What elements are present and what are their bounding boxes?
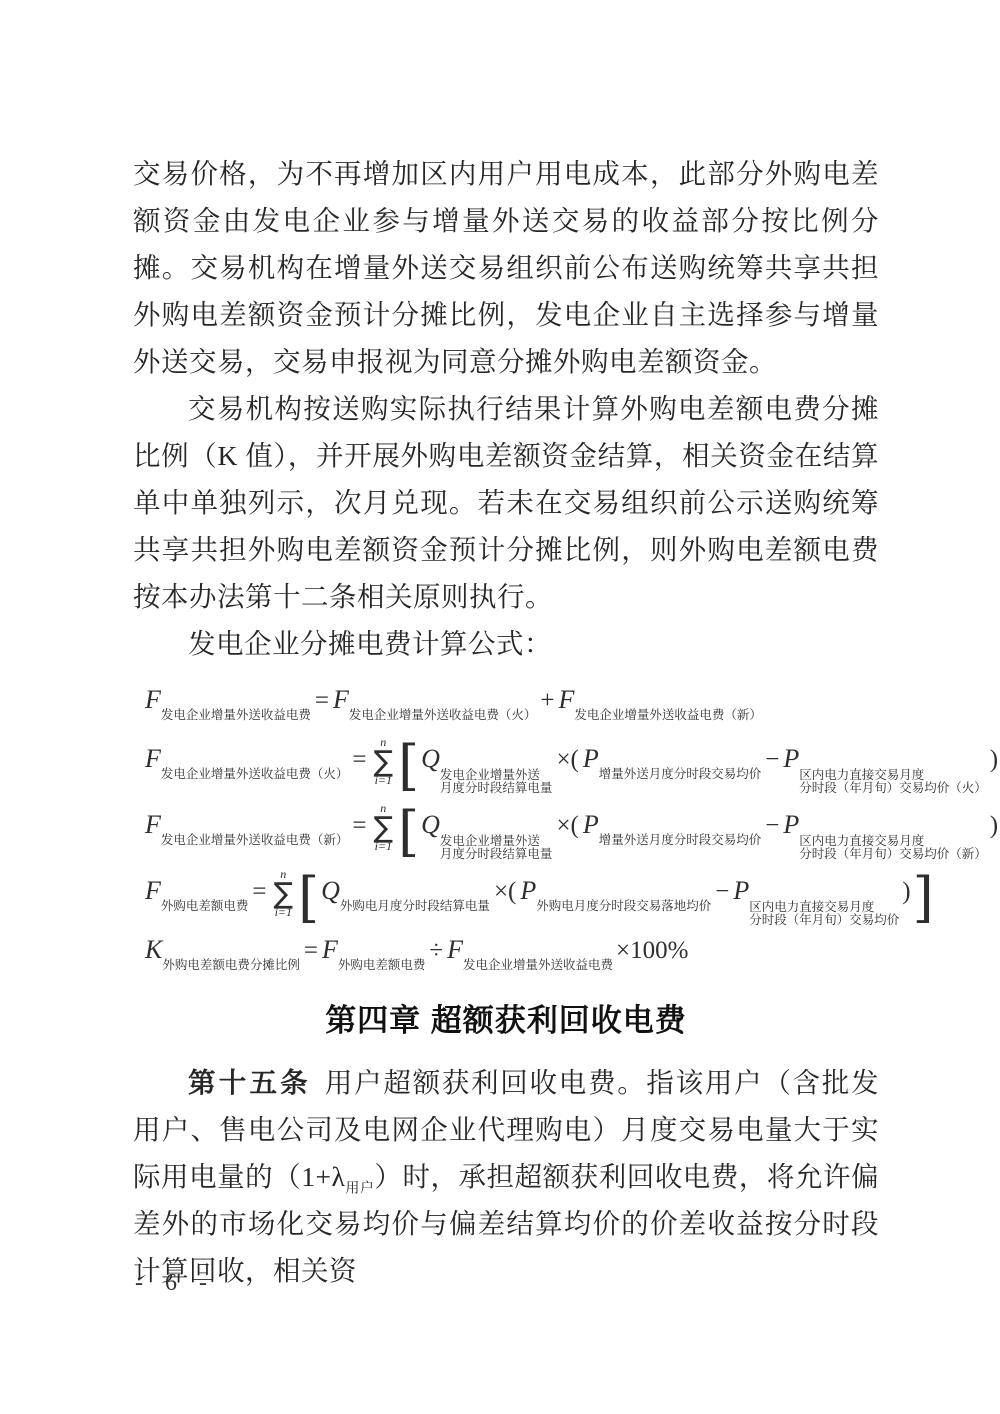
summation-symbol: n∑i=1 [374, 737, 394, 786]
formula-total-revenue-fee: F发电企业增量外送收益电费=F发电企业增量外送收益电费（火）+F发电企业增量外送… [145, 675, 879, 727]
math-variable: F [447, 935, 463, 964]
times-open-paren: ×( [494, 878, 516, 905]
math-subscript: 外购电月度分时段交易落地均价 [536, 899, 711, 913]
math-variable: P [520, 876, 536, 905]
formula-k-sharing-ratio: K外购电差额电费分摊比例=F外购电差额电费÷F发电企业增量外送收益电费×100% [145, 925, 879, 977]
paragraph-formula-intro: 发电企业分摊电费计算公式： [133, 620, 879, 667]
math-variable: Q [421, 744, 440, 773]
lambda-subscript: 用户 [345, 1182, 374, 1197]
math-subscript-stacked: 区内电力直接交易月度分时段（年月旬）交易均价（新） [799, 835, 987, 862]
math-variable: F [322, 935, 338, 964]
formula-purchased-power-difference-fee: F外购电差额电费=n∑i=1[Q外购电月度分时段结算电量×(P外购电月度分时段交… [145, 859, 879, 925]
minus-sign: − [765, 746, 779, 773]
math-subscript-stacked: 发电企业增量外送月度分时段结算电量 [440, 835, 553, 862]
math-subscript: 发电企业增量外送收益电费 [463, 958, 613, 972]
math-subscript: 发电企业增量外送收益电费（新） [574, 708, 762, 722]
subscript-line: 分时段（年月旬）交易均价 [749, 914, 899, 928]
math-variable: Q [321, 876, 340, 905]
math-subscript: 发电企业增量外送收益电费 [161, 708, 311, 722]
left-bracket: [ [298, 866, 319, 929]
paragraph-continuation: 交易价格，为不再增加区内用户用电成本，此部分外购电差额资金由发电企业参与增量外送… [133, 150, 879, 385]
subscript-line: 发电企业增量外送 [440, 835, 553, 849]
chapter-heading: 第四章 超额获利回收电费 [133, 999, 879, 1043]
math-subscript: 外购电月度分时段结算电量 [340, 899, 490, 913]
sigma-icon: ∑ [374, 748, 394, 775]
math-subscript: 增量外送月度分时段交易均价 [599, 767, 762, 781]
math-variable: F [559, 685, 575, 714]
formula-revenue-fee-new: F发电企业增量外送收益电费（新）=n∑i=1[Q发电企业增量外送月度分时段结算电… [145, 793, 879, 859]
equals-sign: = [352, 746, 366, 773]
sum-lower-limit: i=1 [274, 907, 294, 918]
summation-symbol: n∑i=1 [374, 803, 394, 852]
math-variable: F [145, 685, 161, 714]
math-variable: P [583, 744, 599, 773]
math-subscript: 增量外送月度分时段交易均价 [599, 833, 762, 847]
right-bracket: ] [913, 866, 934, 929]
math-variable: P [733, 876, 749, 905]
equals-sign: = [252, 878, 266, 905]
math-subscript: 发电企业增量外送收益电费（新） [161, 833, 349, 847]
subscript-line: 区内电力直接交易月度 [749, 901, 899, 915]
clause-number: 第十五条 [188, 1067, 311, 1098]
math-subscript: 发电企业增量外送收益电费（火） [161, 767, 349, 781]
sigma-icon: ∑ [274, 880, 294, 907]
page-content: 交易价格，为不再增加区内用户用电成本，此部分外购电差额资金由发电企业参与增量外送… [133, 150, 879, 1294]
subscript-line: 区内电力直接交易月度 [799, 769, 987, 783]
equals-sign: = [315, 687, 329, 714]
math-subscript-stacked: 区内电力直接交易月度分时段（年月旬）交易均价 [749, 901, 899, 928]
math-subscript: 外购电差额电费 [338, 958, 426, 972]
plus-sign: + [540, 687, 554, 714]
paragraph-k-ratio: 交易机构按送购实际执行结果计算外购电差额电费分摊比例（K 值），并开展外购电差额… [133, 385, 879, 620]
formula-revenue-fee-fire: F发电企业增量外送收益电费（火）=n∑i=1[Q发电企业增量外送月度分时段结算电… [145, 727, 879, 793]
times-open-paren: ×( [556, 746, 578, 773]
close-paren: ) [990, 746, 998, 773]
math-variable: F [145, 810, 161, 839]
times-100-percent: ×100% [616, 937, 688, 964]
minus-sign: − [765, 812, 779, 839]
formula-block: F发电企业增量外送收益电费=F发电企业增量外送收益电费（火）+F发电企业增量外送… [133, 675, 879, 977]
sum-lower-limit: i=1 [374, 775, 394, 786]
close-paren: ) [990, 812, 998, 839]
paragraph-clause-15: 第十五条用户超额获利回收电费。指该用户（含批发用户、售电公司及电网企业代理购电）… [133, 1059, 879, 1294]
math-variable: P [783, 810, 799, 839]
close-paren: ) [902, 878, 910, 905]
minus-sign: − [715, 878, 729, 905]
page-number: - 6 - [135, 1270, 215, 1297]
equals-sign: = [304, 937, 318, 964]
math-variable: F [333, 685, 349, 714]
math-subscript: 外购电差额电费分摊比例 [162, 958, 300, 972]
sum-lower-limit: i=1 [374, 841, 394, 852]
equals-sign: = [352, 812, 366, 839]
math-subscript-stacked: 发电企业增量外送月度分时段结算电量 [440, 769, 553, 796]
divide-sign: ÷ [429, 937, 443, 964]
sigma-icon: ∑ [374, 814, 394, 841]
math-variable: Q [421, 810, 440, 839]
left-bracket: [ [398, 734, 419, 797]
summation-symbol: n∑i=1 [274, 869, 294, 918]
math-variable: P [583, 810, 599, 839]
left-bracket: [ [398, 800, 419, 863]
times-open-paren: ×( [556, 812, 578, 839]
subscript-line: 区内电力直接交易月度 [799, 835, 987, 849]
math-subscript: 外购电差额电费 [161, 899, 249, 913]
math-variable: P [783, 744, 799, 773]
math-variable: F [145, 744, 161, 773]
math-variable: K [145, 935, 162, 964]
subscript-line: 发电企业增量外送 [440, 769, 553, 783]
math-subscript-stacked: 区内电力直接交易月度分时段（年月旬）交易均价（火） [799, 769, 987, 796]
math-variable: F [145, 876, 161, 905]
math-subscript: 发电企业增量外送收益电费（火） [349, 708, 537, 722]
document-page: 交易价格，为不再增加区内用户用电成本，此部分外购电差额资金由发电企业参与增量外送… [0, 0, 1000, 1414]
